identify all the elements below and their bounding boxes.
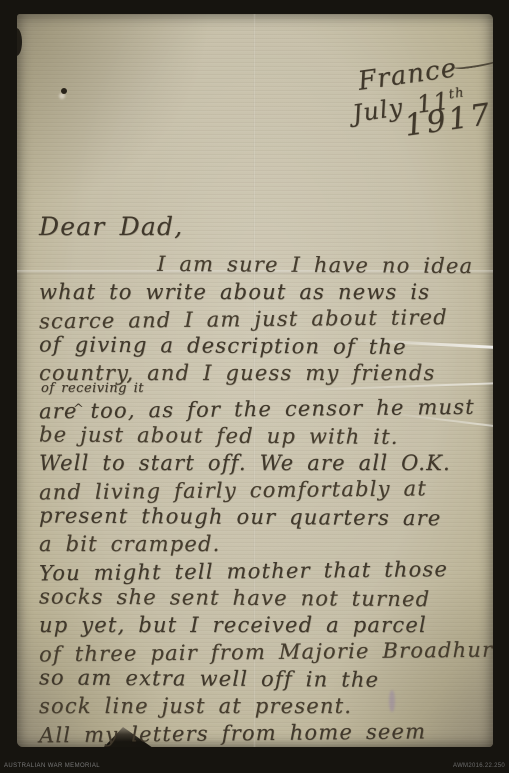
letter-line: be just about fed up with it. [39, 421, 493, 451]
letter-line: socks she sent have not turned [39, 583, 493, 613]
letter-body: I am sure I have no idea what to write a… [39, 252, 493, 747]
letter-line: All my letters from home seem [39, 718, 493, 747]
letter-line: and living fairly comfortably at [39, 475, 493, 507]
scan-background: France July 11th 1917 Dear Dad, I am sur… [0, 0, 509, 773]
salutation: Dear Dad, [39, 212, 183, 241]
letter-line: You might tell mother that those [39, 556, 493, 588]
interline-insertion: of receiving it [41, 381, 144, 396]
letter-line: of three pair from Majorie Broadhurst [39, 637, 493, 669]
pinhole-mark [61, 88, 67, 94]
paper-edge-notch [17, 28, 22, 56]
letter-line: scarce and I am just about tired [39, 304, 493, 336]
letter-line: sock line just at present. [39, 693, 493, 720]
archive-caption-left: AUSTRALIAN WAR MEMORIAL [4, 763, 100, 769]
letter-line: a bit cramped. [39, 531, 493, 558]
letter-line: of giving a description of the [39, 331, 493, 361]
letter-line: I am sure I have no idea [157, 251, 493, 280]
letter-line: Well to start off. We are all O.K. [39, 450, 493, 477]
letter-paper: France July 11th 1917 Dear Dad, I am sur… [17, 14, 493, 747]
flourish-stroke [452, 51, 493, 71]
insertion-caret: ^ [73, 402, 84, 417]
letter-line: up yet, but I received a parcel [39, 612, 493, 639]
letter-line: present though our quarters are [39, 502, 493, 532]
archive-caption-right: AWM2016.22.250 [453, 763, 505, 769]
letter-line: are too, as for the censor he must [39, 394, 493, 426]
letter-line: what to write about as news is [39, 279, 493, 306]
letter-heading: France July 11th 1917 [356, 48, 493, 146]
letter-line: so am extra well off in the [39, 664, 493, 694]
